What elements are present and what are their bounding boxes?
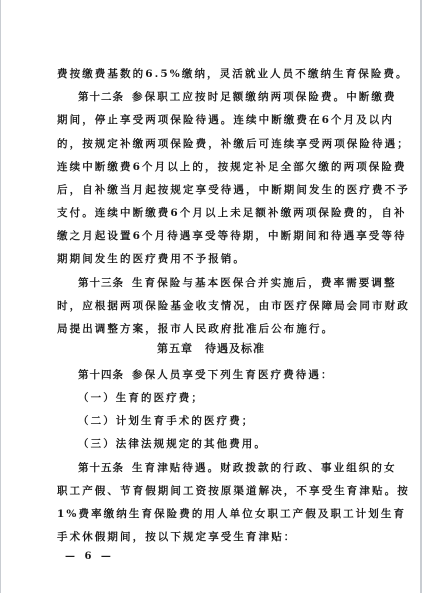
line-text: 连续中断缴费6个月以上的，按规定补足全部欠缴的两项保险费: [57, 161, 407, 173]
article-number: 第十四条: [78, 369, 124, 381]
paragraph-line: 第十二条参保职工应按时足额缴纳两项保险费。中断缴费: [78, 90, 388, 104]
paragraph-line: 缴之月起设置6个月待遇享受等待期，中断期间和待遇享受等待: [57, 229, 367, 243]
paragraph-line: 时，应根据两项保险基金收支情况，由市医疗保障局会同市财政: [57, 299, 367, 313]
line-text: 期期间发生的医疗费用不予报销。: [57, 253, 246, 265]
line-text: 局提出调整方案，报市人民政府批准后公布施行。: [57, 323, 334, 335]
article-number: 第十二条: [78, 91, 124, 103]
line-text: 期间，停止享受两项保险待遇。连续中断缴费在6个月及以内: [57, 114, 394, 126]
paragraph-line: 1%费率缴纳生育保险费的用人单位女职工产假及职工计划生育: [57, 507, 367, 521]
page-number: — 6 —: [65, 551, 114, 562]
paragraph-line: 费按缴费基数的6.5%缴纳，灵活就业人员不缴纳生育保险费。: [57, 67, 367, 81]
paragraph-line: 期间，停止享受两项保险待遇。连续中断缴费在6个月及以内: [57, 113, 367, 127]
line-text: （一）生育的医疗费；: [78, 392, 204, 404]
line-text: 后，自补缴当月起按规定享受待遇，中断期间发生的医疗费不予: [57, 184, 410, 196]
line-text: （三）法律法规规定的其他费用。: [78, 438, 267, 450]
paragraph-line: 手术休假期间，按以下规定享受生育津贴：: [57, 530, 367, 544]
paragraph-line: 职工产假、节育假期间工资按原渠道解决，不享受生育津贴。按: [57, 484, 367, 498]
line-text: 生育津贴待遇。财政拨款的行政、事业组织的女: [132, 462, 397, 474]
paragraph-line: 期期间发生的医疗费用不予报销。: [57, 252, 367, 266]
paragraph-line: 第十四条参保人员享受下列生育医疗费待遇：: [78, 368, 388, 382]
line-text: 时，应根据两项保险基金收支情况，由市医疗保障局会同市财政: [57, 300, 410, 312]
line-text: 的，按规定补缴两项保险费，补缴后可连续享受两项保险待遇；: [57, 138, 410, 150]
line-text: 费按缴费基数的6.5%缴纳，灵活就业人员不缴纳生育保险费。: [57, 68, 409, 80]
document-page: 费按缴费基数的6.5%缴纳，灵活就业人员不缴纳生育保险费。第十二条参保职工应按时…: [0, 0, 422, 593]
paragraph-line: 后，自补缴当月起按规定享受待遇，中断期间发生的医疗费不予: [57, 183, 367, 197]
line-text: 1%费率缴纳生育保险费的用人单位女职工产假及职工计划生育: [57, 508, 406, 520]
article-number: 第十三条: [78, 277, 124, 289]
paragraph-line: 支付。连续中断缴费6个月以上未足额补缴两项保险费的，自补: [57, 206, 367, 220]
paragraph-line: 第十三条生育保险与基本医保合并实施后，费率需要调整: [78, 276, 388, 290]
article-number: 第十五条: [78, 462, 124, 474]
line-text: 缴之月起设置6个月待遇享受等待期，中断期间和待遇享受等待: [57, 230, 407, 242]
line-text: 参保人员享受下列生育医疗费待遇：: [132, 369, 334, 381]
paragraph-line: （三）法律法规规定的其他费用。: [78, 437, 388, 451]
paragraph-line: 连续中断缴费6个月以上的，按规定补足全部欠缴的两项保险费: [57, 160, 367, 174]
line-text: 生育保险与基本医保合并实施后，费率需要调整: [132, 277, 397, 289]
paragraph-line: 局提出调整方案，报市人民政府批准后公布施行。: [57, 322, 367, 336]
line-text: （二）计划生育手术的医疗费；: [78, 415, 254, 427]
line-text: 参保职工应按时足额缴纳两项保险费。中断缴费: [132, 91, 397, 103]
paragraph-line: 第十五条生育津贴待遇。财政拨款的行政、事业组织的女: [78, 461, 388, 475]
chapter-heading: 第五章 待遇及标准: [0, 340, 422, 356]
line-text: 支付。连续中断缴费6个月以上未足额补缴两项保险费的，自补: [57, 207, 407, 219]
line-text: 职工产假、节育假期间工资按原渠道解决，不享受生育津贴。按: [57, 485, 410, 497]
line-text: 手术休假期间，按以下规定享受生育津贴：: [57, 531, 296, 543]
paragraph-line: （二）计划生育手术的医疗费；: [78, 414, 388, 428]
paragraph-line: （一）生育的医疗费；: [78, 391, 388, 405]
paragraph-line: 的，按规定补缴两项保险费，补缴后可连续享受两项保险待遇；: [57, 137, 367, 151]
